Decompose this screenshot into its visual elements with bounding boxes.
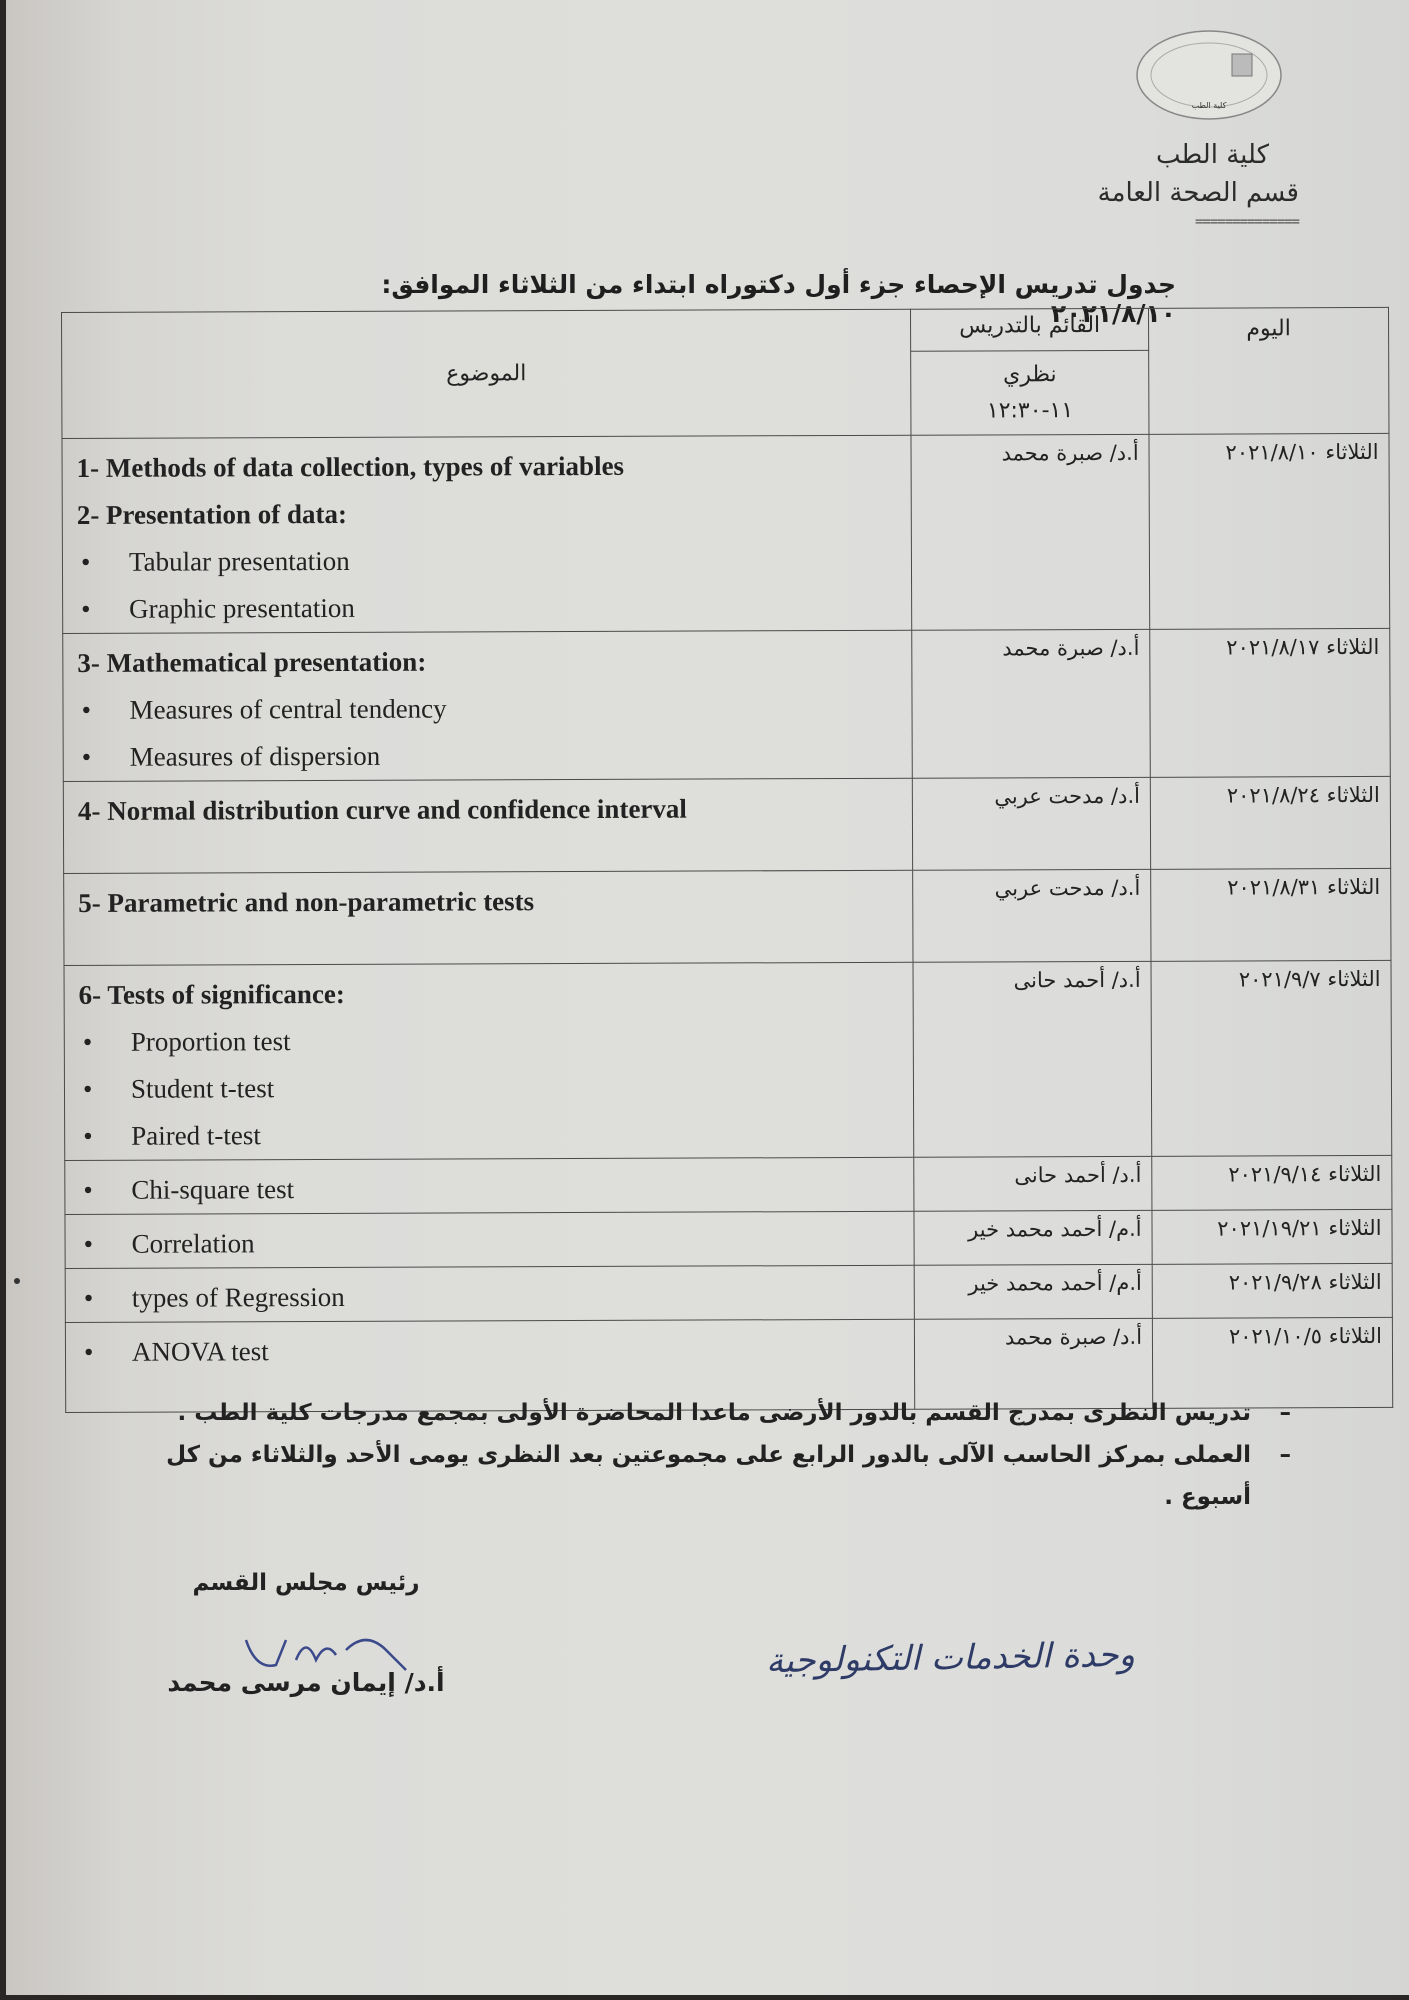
bullet-icon: • <box>79 1066 131 1113</box>
schedule-table-container: اليوم القائم بالتدريس الموضوع نظري ١١-١٢… <box>61 307 1393 1413</box>
topic-cell: 4- Normal distribution curve and confide… <box>63 778 912 873</box>
header-rule: ============== <box>1098 214 1299 230</box>
topic-text: 4- Normal distribution curve and confide… <box>78 794 687 826</box>
topic-cell: 5- Parametric and non-parametric tests <box>64 870 913 965</box>
day-cell: الثلاثاء ٢٠٢١/٩/٧ <box>1151 960 1392 1156</box>
signature-scribble-icon <box>236 1620 416 1680</box>
notes-section: –تدريس النظرى بمدرج القسم بالدور الأرضى … <box>116 1392 1291 1518</box>
bullet-icon: • <box>79 1167 131 1214</box>
topic-heading: 1- Methods of data collection, types of … <box>77 442 897 492</box>
teacher-cell: أ.د/ أحمد حانى <box>914 1156 1152 1211</box>
handwritten-note: وحدة الخدمات التكنولوجية <box>766 1635 1136 1681</box>
note-text: العملى بمركز الحاسب الآلى بالدور الرابع … <box>166 1442 1251 1510</box>
schedule-table: اليوم القائم بالتدريس الموضوع نظري ١١-١٢… <box>61 307 1393 1413</box>
table-row: الثلاثاء ٢٠٢١/١٩/٢١أ.م/ أحمد محمد خير•Co… <box>65 1209 1392 1268</box>
topic-text: 1- Methods of data collection, types of … <box>77 451 625 483</box>
topic-cell: 6- Tests of significance:•Proportion tes… <box>64 962 914 1160</box>
teacher-cell: أ.د/ مدحت عربي <box>912 777 1150 870</box>
dash-bullet: – <box>1280 1392 1292 1434</box>
day-cell: الثلاثاء ٢٠٢١/٨/٢٤ <box>1150 776 1390 869</box>
topic-heading: 3- Mathematical presentation: <box>77 637 897 687</box>
day-cell: الثلاثاء ٢٠٢١/٩/١٤ <box>1152 1155 1392 1210</box>
stray-mark <box>14 1278 20 1284</box>
topic-heading: 6- Tests of significance: <box>79 969 899 1019</box>
day-cell: الثلاثاء ٢٠٢١/١٩/٢١ <box>1152 1209 1392 1264</box>
topic-cell: •types of Regression <box>65 1265 914 1322</box>
topic-bullet-item: •Student t-test <box>79 1063 899 1113</box>
topic-bullet-item: •Correlation <box>79 1218 899 1268</box>
bullet-icon: • <box>80 1329 132 1376</box>
topic-bullet-item: •types of Regression <box>80 1272 900 1322</box>
teacher-cell: أ.م/ أحمد محمد خير <box>914 1264 1152 1319</box>
bullet-icon: • <box>77 539 129 586</box>
schedule-rows: الثلاثاء ٢٠٢١/٨/١٠أ.د/ صبرة محمد1- Metho… <box>62 433 1393 1412</box>
header-theory: نظري ١١-١٢:٣٠ <box>911 350 1149 435</box>
teacher-cell: أ.د/ صبرة محمد <box>911 434 1150 630</box>
svg-text:كلية الطب: كلية الطب <box>1192 101 1227 110</box>
topic-heading: 5- Parametric and non-parametric tests <box>78 877 898 927</box>
topic-heading: 2- Presentation of data: <box>77 489 897 539</box>
bullet-icon: • <box>79 1019 131 1066</box>
topic-heading: 4- Normal distribution curve and confide… <box>78 785 898 835</box>
topic-bullet-item: •Measures of central tendency <box>77 684 897 734</box>
topic-text: types of Regression <box>132 1282 345 1313</box>
dash-bullet: – <box>1280 1434 1292 1476</box>
table-row: الثلاثاء ٢٠٢١/٨/٣١أ.د/ مدحت عربي5- Param… <box>64 868 1391 965</box>
teacher-cell: أ.م/ أحمد محمد خير <box>914 1210 1152 1265</box>
table-row: الثلاثاء ٢٠٢١/٨/٢٤أ.د/ مدحت عربي4- Norma… <box>63 776 1390 873</box>
letterhead: كلية الطب قسم الصحة العامة =============… <box>1098 136 1299 230</box>
faculty-name: كلية الطب <box>1098 136 1269 174</box>
header-time-label: ١١-١٢:٣٠ <box>911 393 1148 430</box>
teacher-cell: أ.د/ أحمد حانى <box>913 961 1152 1157</box>
table-row: الثلاثاء ٢٠٢١/٨/١٧أ.د/ صبرة محمد3- Mathe… <box>63 628 1391 781</box>
topic-text: Tabular presentation <box>129 546 350 577</box>
topic-cell: 1- Methods of data collection, types of … <box>62 435 912 633</box>
table-row: الثلاثاء ٢٠٢١/٨/١٠أ.د/ صبرة محمد1- Metho… <box>62 433 1390 633</box>
topic-cell: •Correlation <box>65 1211 914 1268</box>
header-topic-label: الموضوع <box>446 361 526 386</box>
topic-bullet-item: •Tabular presentation <box>77 536 897 586</box>
department-name: قسم الصحة العامة <box>1098 174 1299 212</box>
faculty-logo-icon: كلية الطب <box>1134 28 1284 123</box>
note-text: تدريس النظرى بمدرج القسم بالدور الأرضى م… <box>178 1400 1251 1426</box>
day-cell: الثلاثاء ٢٠٢١/٨/٣١ <box>1151 868 1391 961</box>
topic-bullet-item: •Proportion test <box>79 1016 899 1066</box>
topic-bullet-item: •Paired t-test <box>79 1110 899 1160</box>
header-day-label: اليوم <box>1246 316 1291 341</box>
header-teacher-label: القائم بالتدريس <box>959 313 1100 339</box>
topic-cell: 3- Mathematical presentation:•Measures o… <box>63 630 913 781</box>
topic-text: Student t-test <box>131 1073 274 1104</box>
topic-text: Chi-square test <box>131 1174 294 1205</box>
bullet-icon: • <box>78 734 130 781</box>
topic-text: Paired t-test <box>131 1120 261 1150</box>
bullet-icon: • <box>79 1221 131 1268</box>
topic-cell: •Chi-square test <box>65 1157 914 1214</box>
teacher-cell: أ.د/ مدحت عربي <box>913 869 1151 962</box>
topic-bullet-item: •Measures of dispersion <box>78 731 898 781</box>
table-row: الثلاثاء ٢٠٢١/٩/١٤أ.د/ أحمد حانى•Chi-squ… <box>65 1155 1392 1214</box>
bullet-icon: • <box>79 1113 131 1160</box>
topic-text: Graphic presentation <box>129 593 355 624</box>
document-page: كلية الطب كلية الطب قسم الصحة العامة ===… <box>6 0 1409 1995</box>
topic-text: Correlation <box>132 1228 255 1258</box>
header-day: اليوم <box>1149 307 1389 434</box>
day-cell: الثلاثاء ٢٠٢١/٩/٢٨ <box>1152 1263 1392 1318</box>
header-teacher: القائم بالتدريس <box>911 308 1149 351</box>
bullet-icon: • <box>77 687 129 734</box>
note-item: –العملى بمركز الحاسب الآلى بالدور الرابع… <box>116 1434 1291 1518</box>
bullet-icon: • <box>80 1275 132 1322</box>
topic-text: Measures of central tendency <box>129 694 446 725</box>
day-cell: الثلاثاء ٢٠٢١/٨/١٧ <box>1150 628 1390 777</box>
header-topic: الموضوع <box>62 309 912 438</box>
signatory-role: رئيس مجلس القسم <box>156 1570 456 1596</box>
topic-text: Measures of dispersion <box>130 741 381 772</box>
topic-text: ANOVA test <box>132 1336 269 1367</box>
bullet-icon: • <box>77 586 129 633</box>
teacher-cell: أ.د/ صبرة محمد <box>912 629 1151 778</box>
topic-text: 3- Mathematical presentation: <box>77 647 426 678</box>
topic-text: 6- Tests of significance: <box>79 979 345 1010</box>
topic-text: Proportion test <box>131 1026 291 1057</box>
header-theory-label: نظري <box>911 357 1148 394</box>
note-item: –تدريس النظرى بمدرج القسم بالدور الأرضى … <box>116 1392 1291 1434</box>
topic-text: 5- Parametric and non-parametric tests <box>78 886 534 918</box>
topic-bullet-item: •ANOVA test <box>80 1326 900 1376</box>
topic-text: 2- Presentation of data: <box>77 499 347 530</box>
topic-bullet-item: •Graphic presentation <box>77 583 897 633</box>
table-row: الثلاثاء ٢٠٢١/٩/٢٨أ.م/ أحمد محمد خير•typ… <box>65 1263 1392 1322</box>
table-row: الثلاثاء ٢٠٢١/٩/٧أ.د/ أحمد حانى6- Tests … <box>64 960 1392 1160</box>
topic-bullet-item: •Chi-square test <box>79 1164 899 1214</box>
day-cell: الثلاثاء ٢٠٢١/٨/١٠ <box>1149 433 1390 629</box>
